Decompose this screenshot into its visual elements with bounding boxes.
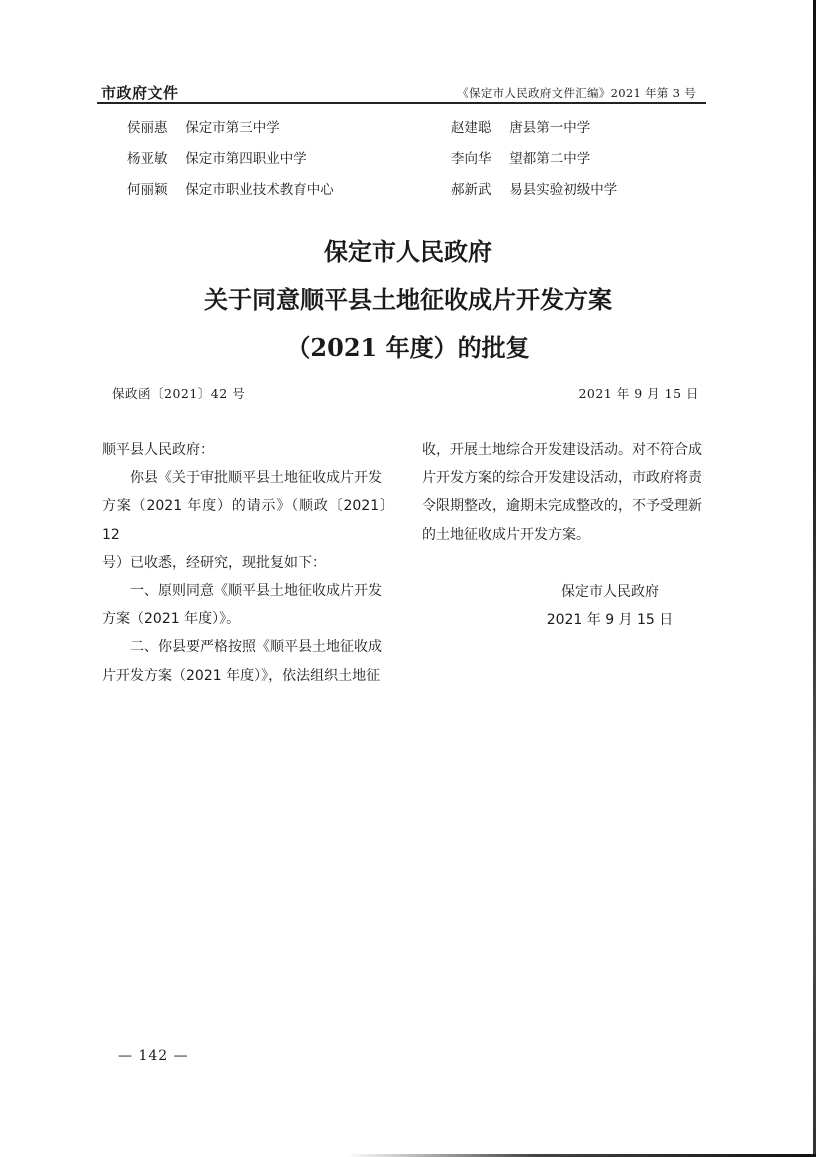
signature-issuer: 保定市人民政府 [510,578,710,606]
member-org: 保定市职业技术教育中心 [185,182,334,198]
member-org: 望都第二中学 [509,151,590,167]
document-number: 保政函〔2021〕42 号 [112,384,245,402]
body-line: 你县《关于审批顺平县土地征收成片开发 [102,464,394,492]
body-line: 令限期整改，逾期未完成整改的，不予受理新 [422,492,714,520]
document-date: 2021 年 9 月 15 日 [578,384,699,402]
member-name: 何丽颖 [127,178,181,198]
member-name: 杨亚敏 [127,147,181,167]
roster-entry: 杨亚敏 保定市第四职业中学 [127,147,307,167]
roster-entry: 何丽颖 保定市职业技术教育中心 [127,178,334,198]
body-line: 片开发方案的综合开发建设活动，市政府将责 [422,464,714,492]
title-line-subject: 关于同意顺平县土地征收成片开发方案 [0,276,816,324]
page-number: — 142 — [118,1048,189,1064]
roster-row: 侯丽惠 保定市第三中学 赵建聪 唐县第一中学 [127,116,647,147]
running-header: 市政府文件 《保定市人民政府文件汇编》2021 年第 3 号 [97,78,706,104]
signature-date: 2021 年 9 月 15 日 [510,606,710,634]
title-line-type: （2021 年度）的批复 [0,324,816,372]
member-roster: 侯丽惠 保定市第三中学 赵建聪 唐县第一中学 杨亚敏 保定市第四职业中学 李向华… [127,116,647,209]
roster-entry: 侯丽惠 保定市第三中学 [127,116,280,136]
member-name: 李向华 [451,147,505,167]
member-org: 保定市第三中学 [185,120,280,136]
member-name: 赵建聪 [451,116,505,136]
body-line: 二、你县要严格按照《顺平县土地征收成 [102,633,394,661]
body-line: 方案（2021 年度）的请示》（顺政〔2021〕12 [102,492,394,548]
title-line-issuer: 保定市人民政府 [0,228,816,276]
body-line: 一、原则同意《顺平县土地征收成片开发 [102,577,394,605]
member-org: 唐县第一中学 [509,120,590,136]
body-line: 片开发方案（2021 年度）》，依法组织土地征 [102,662,394,690]
signature-block: 保定市人民政府 2021 年 9 月 15 日 [510,578,710,634]
salutation: 顺平县人民政府： [102,436,394,464]
body-line: 方案（2021 年度）》。 [102,605,394,633]
body-line: 收，开展土地综合开发建设活动。对不符合成 [422,436,714,464]
member-org: 易县实验初级中学 [509,182,617,198]
roster-entry: 李向华 望都第二中学 [451,147,590,167]
roster-entry: 赵建聪 唐县第一中学 [451,116,590,136]
roster-row: 杨亚敏 保定市第四职业中学 李向华 望都第二中学 [127,147,647,178]
roster-row: 何丽颖 保定市职业技术教育中心 郝新武 易县实验初级中学 [127,178,647,209]
member-name: 侯丽惠 [127,116,181,136]
member-name: 郝新武 [451,178,505,198]
body-line: 号）已收悉，经研究，现批复如下： [102,549,394,577]
document-title: 保定市人民政府 关于同意顺平县土地征收成片开发方案 （2021 年度）的批复 [0,228,816,372]
roster-entry: 郝新武 易县实验初级中学 [451,178,617,198]
header-section-label: 市政府文件 [101,82,179,103]
header-publication-label: 《保定市人民政府文件汇编》2021 年第 3 号 [457,85,696,101]
body-line: 的土地征收成片开发方案。 [422,521,714,549]
member-org: 保定市第四职业中学 [185,151,307,167]
body-column-right: 收，开展土地综合开发建设活动。对不符合成 片开发方案的综合开发建设活动，市政府将… [422,436,714,549]
body-column-left: 顺平县人民政府： 你县《关于审批顺平县土地征收成片开发 方案（2021 年度）的… [102,436,394,690]
